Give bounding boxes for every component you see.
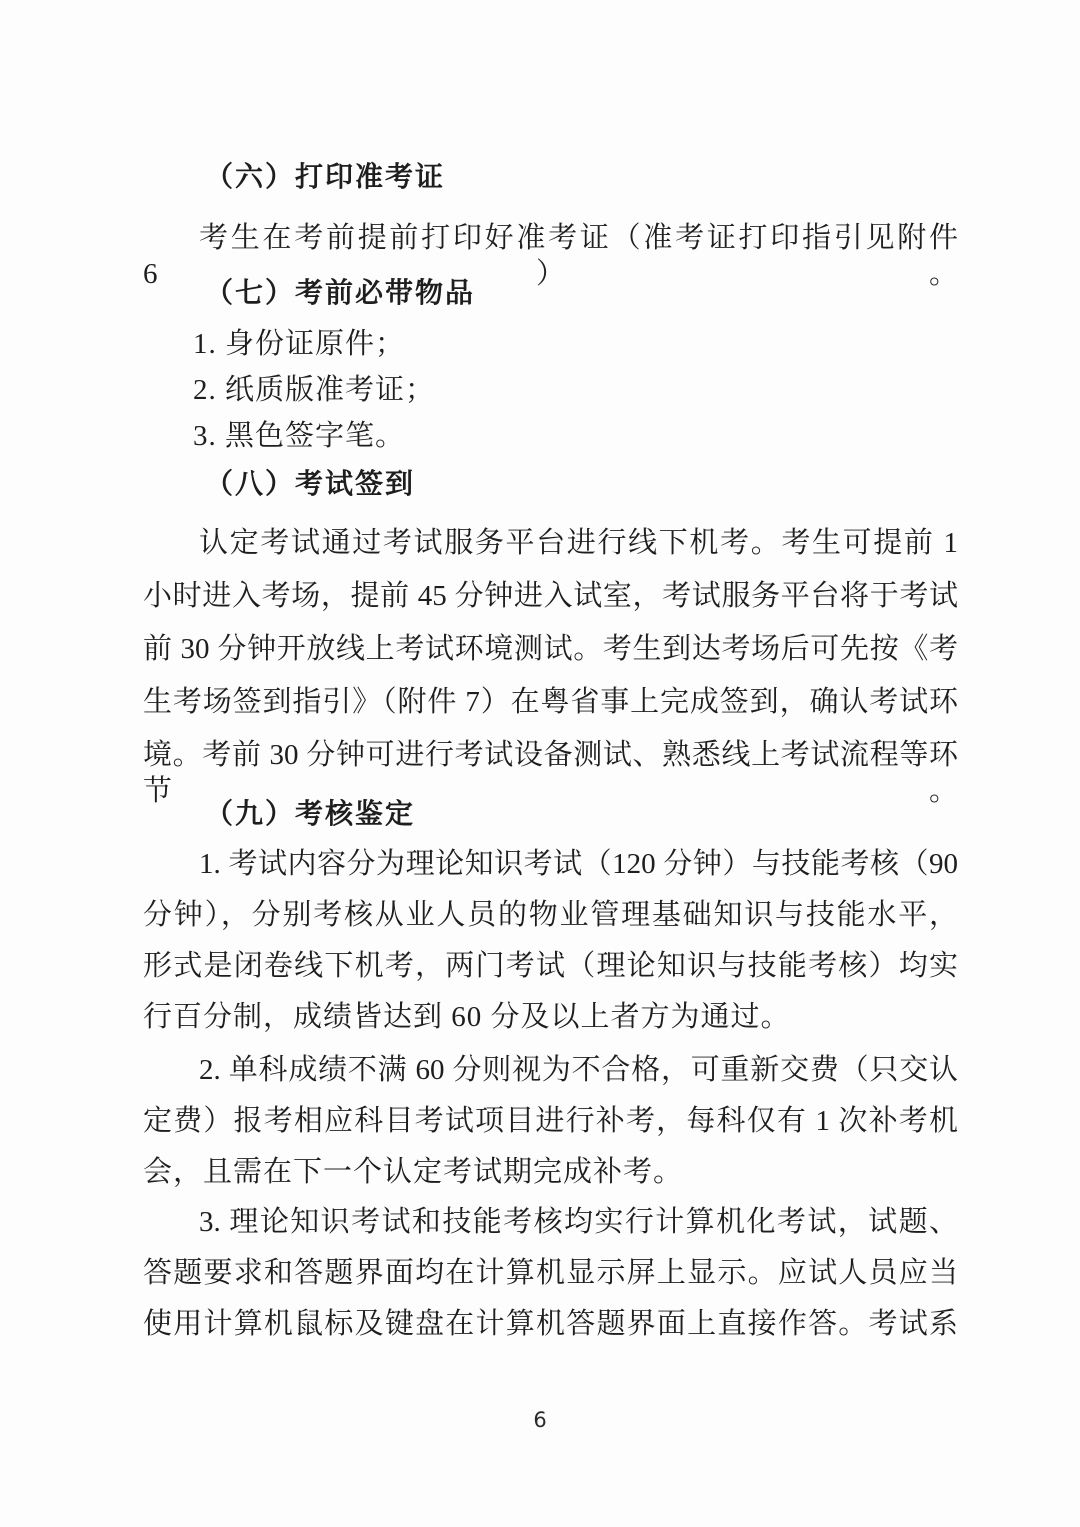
section-9-item-3-line-2: 答题要求和答题界面均在计算机显示屏上显示。应试人员应当 bbox=[143, 1255, 958, 1291]
section-8-paragraph-line-2: 小时进入考场，提前 45 分钟进入试室，考试服务平台将于考试 bbox=[143, 578, 958, 614]
checklist-item-1: 1. 身份证原件； bbox=[143, 326, 958, 362]
section-8-paragraph-line-3: 前 30 分钟开放线上考试环境测试。考生到达考场后可先按《考 bbox=[143, 631, 958, 667]
page-number: 6 bbox=[0, 1408, 1080, 1432]
section-9-item-2-line-1: 2. 单科成绩不满 60 分则视为不合格，可重新交费（只交认 bbox=[143, 1052, 958, 1088]
section-8-paragraph-line-4: 生考场签到指引》（附件 7）在粤省事上完成签到，确认考试环 bbox=[143, 684, 958, 720]
section-9-item-2-line-3: 会，且需在下一个认定考试期完成补考。 bbox=[143, 1154, 958, 1190]
section-9-item-1-line-1: 1. 考试内容分为理论知识考试（120 分钟）与技能考核（90 bbox=[143, 846, 958, 882]
section-9-heading: （九）考核鉴定 bbox=[143, 797, 958, 832]
section-6-heading: （六）打印准考证 bbox=[143, 160, 958, 195]
section-9-item-3-line-3: 使用计算机鼠标及键盘在计算机答题界面上直接作答。考试系 bbox=[143, 1306, 958, 1342]
checklist-item-2: 2. 纸质版准考证； bbox=[143, 372, 958, 408]
checklist-item-3: 3. 黑色签字笔。 bbox=[143, 418, 958, 454]
section-8-heading: （八）考试签到 bbox=[143, 467, 958, 502]
section-9-item-3-line-1: 3. 理论知识考试和技能考核均实行计算机化考试，试题、 bbox=[143, 1204, 958, 1240]
section-9-item-2-line-2: 定费）报考相应科目考试项目进行补考，每科仅有 1 次补考机 bbox=[143, 1103, 958, 1139]
document-page: （六）打印准考证 考生在考前提前打印好准考证（准考证打印指引见附件 6）。 （七… bbox=[0, 0, 1080, 1527]
section-7-heading: （七）考前必带物品 bbox=[143, 276, 958, 311]
section-8-paragraph-line-1: 认定考试通过考试服务平台进行线下机考。考生可提前 1 bbox=[143, 525, 958, 561]
section-9-item-1-line-2: 分钟），分别考核从业人员的物业管理基础知识与技能水平， bbox=[143, 897, 958, 933]
section-9-item-1-line-3: 形式是闭卷线下机考，两门考试（理论知识与技能考核）均实 bbox=[143, 948, 958, 984]
section-9-item-1-line-4: 行百分制，成绩皆达到 60 分及以上者方为通过。 bbox=[143, 999, 958, 1035]
